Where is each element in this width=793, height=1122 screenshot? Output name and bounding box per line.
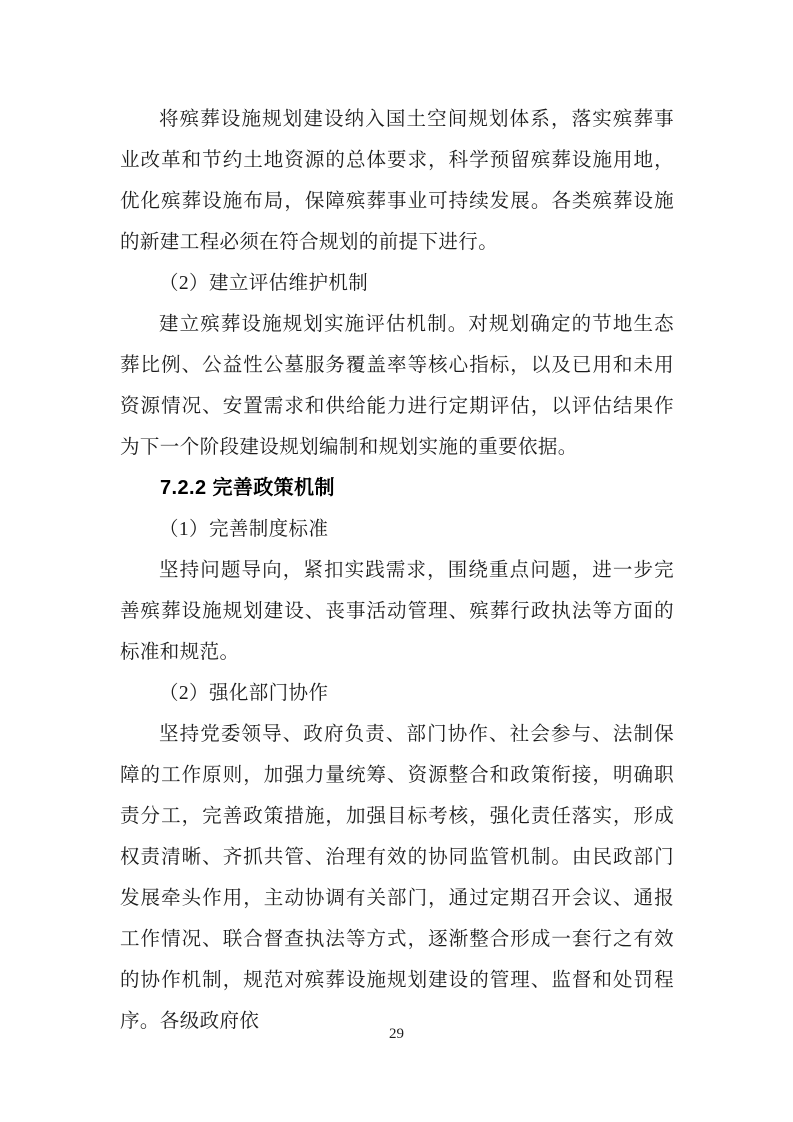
paragraph-evaluation-mechanism: 建立殡葬设施规划实施评估机制。对规划确定的节地生态葬比例、公益性公墓服务覆盖率等… xyxy=(120,304,674,468)
section-heading-7-2-2: 7.2.2 完善政策机制 xyxy=(120,468,674,509)
subsection-heading-institution-standards: （1）完善制度标准 xyxy=(120,509,674,550)
subsection-heading-evaluation-mechanism: （2）建立评估维护机制 xyxy=(120,263,674,304)
subsection-heading-department-collaboration: （2）强化部门协作 xyxy=(120,673,674,714)
document-body: 将殡葬设施规划建设纳入国土空间规划体系，落实殡葬事业改革和节约土地资源的总体要求… xyxy=(120,99,674,1042)
paragraph-institution-standards: 坚持问题导向，紧扣实践需求，围绕重点问题，进一步完善殡葬设施规划建设、丧事活动管… xyxy=(120,550,674,673)
paragraph-department-collaboration: 坚持党委领导、政府负责、部门协作、社会参与、法制保障的工作原则，加强力量统筹、资… xyxy=(120,714,674,1042)
page-number: 29 xyxy=(0,1026,793,1043)
paragraph-planning-system: 将殡葬设施规划建设纳入国土空间规划体系，落实殡葬事业改革和节约土地资源的总体要求… xyxy=(120,99,674,263)
document-page: 将殡葬设施规划建设纳入国土空间规划体系，落实殡葬事业改革和节约土地资源的总体要求… xyxy=(0,0,793,1122)
